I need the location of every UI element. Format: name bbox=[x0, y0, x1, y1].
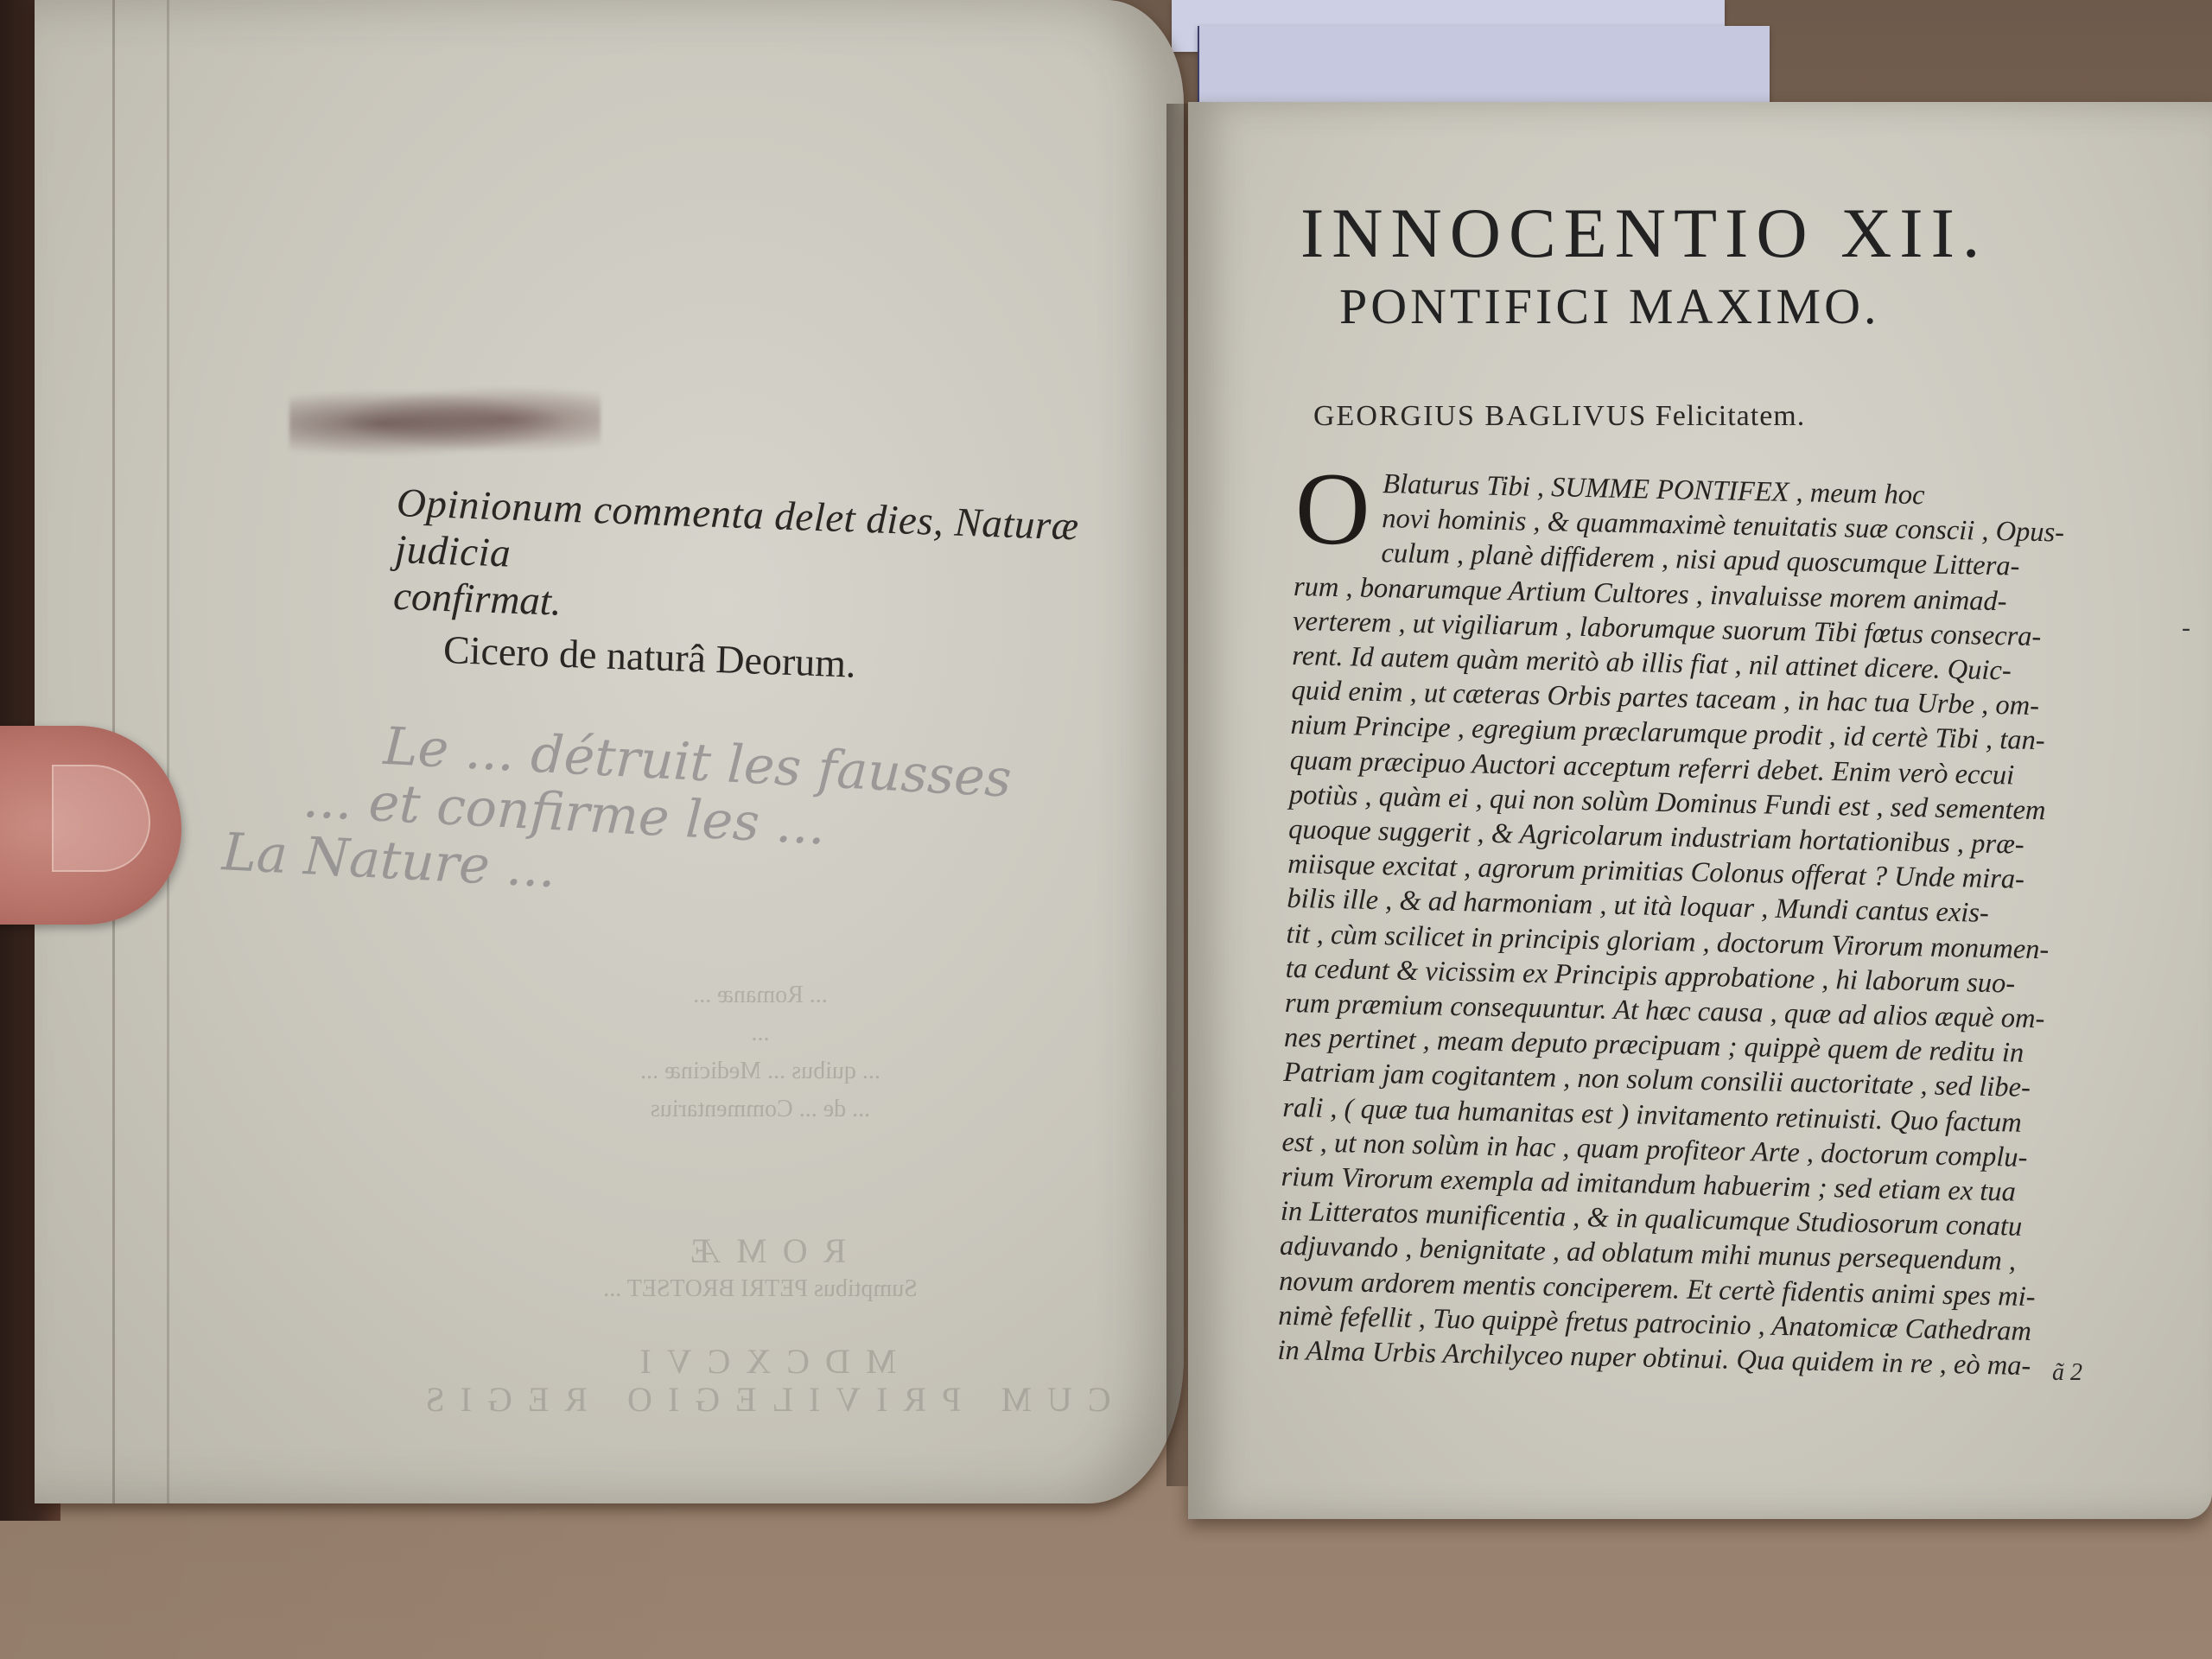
showthrough-license: CUM PRIVILEGIO REGIS bbox=[328, 1381, 1192, 1419]
drop-cap: O bbox=[1294, 465, 1371, 553]
showthrough-line-2: ... bbox=[328, 1014, 1192, 1052]
showthrough-line-4: ... de ... Commentarius bbox=[328, 1090, 1192, 1128]
salutation-word: Felicitatem. bbox=[1656, 400, 1805, 432]
show-through-text: ... Romanæ ... ... ... quibus ... Medici… bbox=[328, 976, 1192, 1419]
salutation: GEORGIUS BAGLIVUS Felicitatem. bbox=[1313, 400, 1805, 433]
ink-stain bbox=[289, 385, 601, 462]
showthrough-line-3: ... quibus ... Medicinæ ... bbox=[328, 1052, 1192, 1090]
dedication-body: O Blaturus Tibi , SUMME PONTIFEX , meum … bbox=[1277, 465, 2160, 1386]
showthrough-printer: Sumptibus PETRI BROTSET ... bbox=[328, 1270, 1192, 1308]
photo-scene: Opinionum commenta delet dies, Naturæ ju… bbox=[0, 0, 2212, 1659]
showthrough-line-1: ... Romanæ ... bbox=[328, 976, 1192, 1014]
salutation-name: GEORGIUS BAGLIVUS bbox=[1313, 400, 1647, 432]
title-line-2: PONTIFICI MAXIMO. bbox=[1339, 277, 2078, 335]
dedication-title: INNOCENTIO XII. PONTIFICI MAXIMO. bbox=[1300, 193, 2078, 335]
showthrough-city: ROMÆ bbox=[328, 1232, 1192, 1270]
right-page: INNOCENTIO XII. PONTIFICI MAXIMO. GEORGI… bbox=[1188, 102, 2212, 1519]
showthrough-year: MDCXCVI bbox=[328, 1343, 1192, 1381]
title-line-1: INNOCENTIO XII. bbox=[1300, 193, 2078, 274]
signature-mark: ã 2 bbox=[2052, 1359, 2082, 1387]
epigraph: Opinionum commenta delet dies, Naturæ ju… bbox=[391, 480, 1174, 697]
thumbnail-nail bbox=[52, 765, 150, 872]
margin-mark: - bbox=[2182, 613, 2190, 643]
